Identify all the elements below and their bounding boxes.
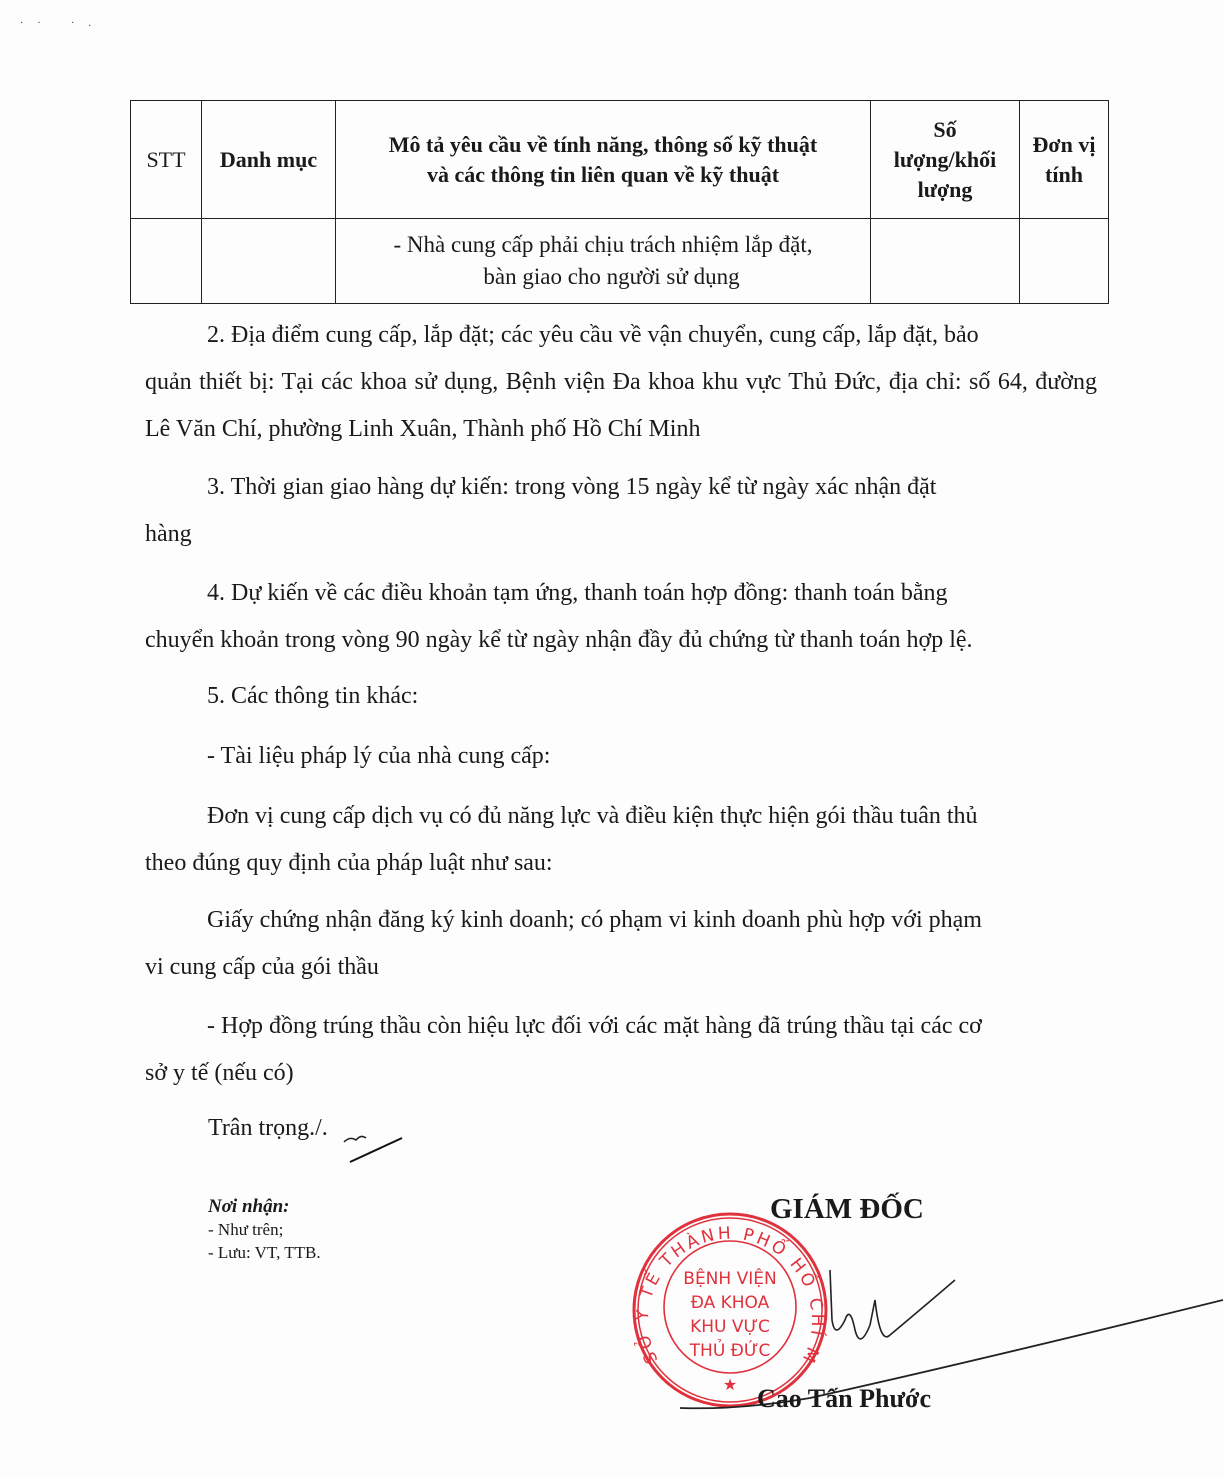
header-so-luong: Số lượng/khối lượng xyxy=(871,101,1020,219)
signer-name: Cao Tấn Phước xyxy=(757,1384,931,1414)
section-2: 2. Địa điểm cung cấp, lắp đặt; các yêu c… xyxy=(145,312,1097,453)
provider-line1: Đơn vị cung cấp dịch vụ có đủ năng lực v… xyxy=(145,793,1097,840)
closing-text: Trân trọng./. xyxy=(208,1115,328,1142)
cell-mo-ta-line2: bàn giao cho người sử dụng xyxy=(336,261,870,293)
header-don-vi: Đơn vị tính xyxy=(1020,101,1109,219)
section-5: 5. Các thông tin khác: xyxy=(145,673,1097,720)
section-4: 4. Dự kiến về các điều khoản tạm ứng, th… xyxy=(145,570,1097,664)
header-so-luong-line2: lượng/khối xyxy=(871,145,1019,175)
provider-rest: theo đúng quy định của pháp luật như sau… xyxy=(145,850,553,876)
section-4-rest: chuyển khoản trong vòng 90 ngày kể từ ng… xyxy=(145,627,973,653)
license-paragraph: Giấy chứng nhận đăng ký kinh doanh; có p… xyxy=(145,897,1097,991)
contract-line1: - Hợp đồng trúng thầu còn hiệu lực đối v… xyxy=(145,1003,1097,1050)
header-danh-muc-text: Danh mục xyxy=(220,147,317,172)
scan-specks: ·· ·. xyxy=(20,18,105,29)
header-don-vi-line1: Đơn vị xyxy=(1020,130,1108,160)
cell-mo-ta-line1: - Nhà cung cấp phải chịu trách nhiệm lắp… xyxy=(394,232,813,257)
cell-mo-ta: - Nhà cung cấp phải chịu trách nhiệm lắp… xyxy=(336,219,871,304)
cell-don-vi xyxy=(1020,219,1109,304)
spec-table: STT Danh mục Mô tả yêu cầu về tính năng,… xyxy=(130,100,1109,304)
cell-danh-muc xyxy=(202,219,336,304)
section-2-line1: 2. Địa điểm cung cấp, lắp đặt; các yêu c… xyxy=(145,312,1097,359)
recipients-title: Nơi nhận: xyxy=(208,1195,321,1218)
legal-docs-heading: - Tài liệu pháp lý của nhà cung cấp: xyxy=(145,733,1097,780)
recipient-item: - Lưu: VT, TTB. xyxy=(208,1241,321,1264)
section-2-rest: quản thiết bị: Tại các khoa sử dụng, Bện… xyxy=(145,369,1097,442)
table-header-row: STT Danh mục Mô tả yêu cầu về tính năng,… xyxy=(131,101,1109,219)
recipients-block: Nơi nhận: - Như trên; - Lưu: VT, TTB. xyxy=(208,1195,321,1264)
section-4-line1: 4. Dự kiến về các điều khoản tạm ứng, th… xyxy=(145,570,1097,617)
cell-so-luong xyxy=(871,219,1020,304)
contract-rest: sở y tế (nếu có) xyxy=(145,1060,294,1086)
recipient-item: - Như trên; xyxy=(208,1218,321,1241)
header-danh-muc: Danh mục xyxy=(202,101,336,219)
header-don-vi-line2: tính xyxy=(1020,160,1108,190)
header-mo-ta-line1: Mô tả yêu cầu về tính năng, thông số kỹ … xyxy=(336,130,870,160)
section-3-line1: 3. Thời gian giao hàng dự kiến: trong vò… xyxy=(145,464,1097,511)
table-row: - Nhà cung cấp phải chịu trách nhiệm lắp… xyxy=(131,219,1109,304)
section-3: 3. Thời gian giao hàng dự kiến: trong vò… xyxy=(145,464,1097,558)
initial-mark-icon xyxy=(340,1128,410,1168)
cell-stt xyxy=(131,219,202,304)
contract-paragraph: - Hợp đồng trúng thầu còn hiệu lực đối v… xyxy=(145,1003,1097,1097)
header-so-luong-line1: Số xyxy=(871,115,1019,145)
header-stt: STT xyxy=(131,101,202,219)
header-mo-ta-line2: và các thông tin liên quan về kỹ thuật xyxy=(336,160,870,190)
header-mo-ta: Mô tả yêu cầu về tính năng, thông số kỹ … xyxy=(336,101,871,219)
section-3-rest: hàng xyxy=(145,521,192,547)
license-line1: Giấy chứng nhận đăng ký kinh doanh; có p… xyxy=(145,897,1097,944)
provider-paragraph: Đơn vị cung cấp dịch vụ có đủ năng lực v… xyxy=(145,793,1097,887)
header-so-luong-line3: lượng xyxy=(871,175,1019,205)
license-rest: vi cung cấp của gói thầu xyxy=(145,954,379,980)
